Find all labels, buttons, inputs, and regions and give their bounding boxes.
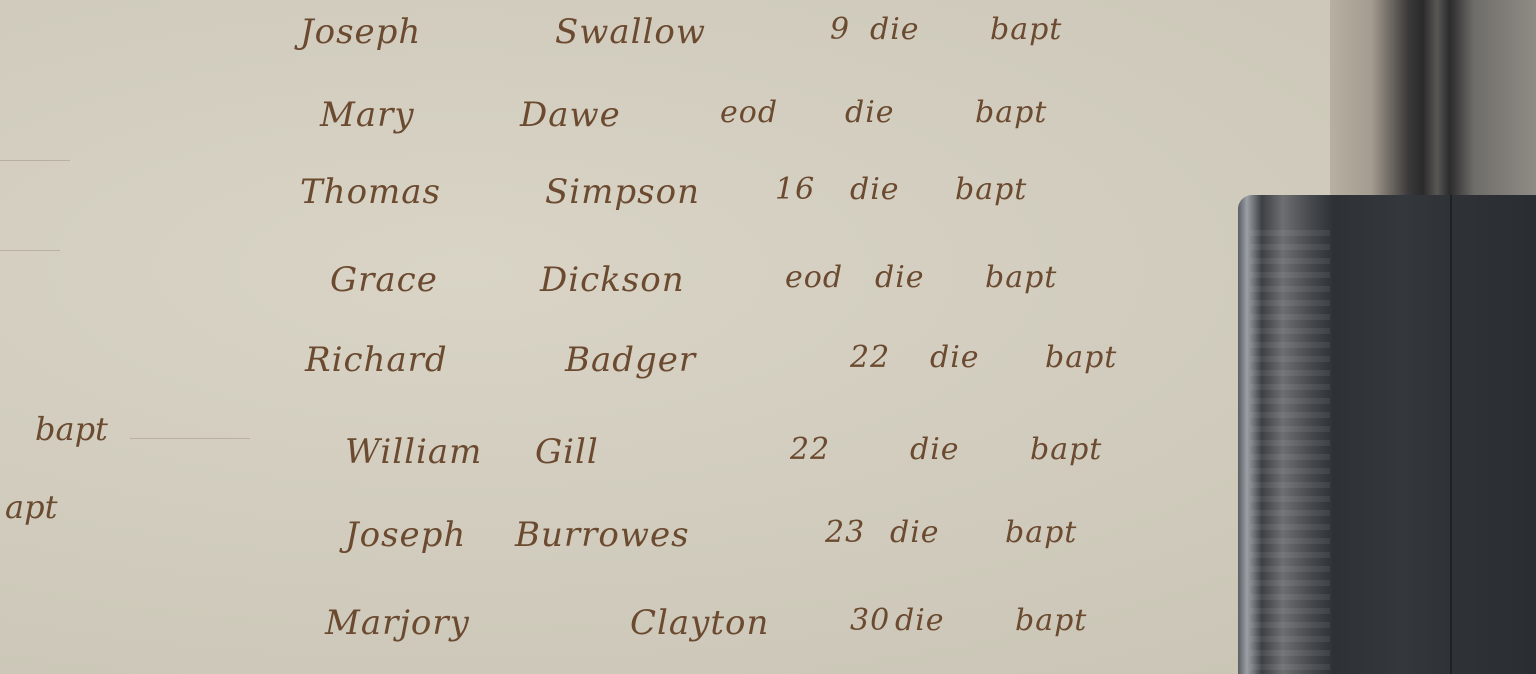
day: eod	[720, 95, 778, 130]
die: die	[910, 432, 960, 467]
clip-sheen	[1250, 230, 1330, 674]
forename: William	[345, 432, 482, 472]
die: die	[890, 515, 940, 550]
die: die	[895, 603, 945, 638]
ruling-line	[130, 438, 250, 439]
surname: Badger	[565, 340, 696, 380]
surname: Dickson	[540, 260, 685, 300]
forename: Richard	[305, 340, 448, 380]
day: 22	[790, 432, 830, 467]
die: die	[850, 172, 900, 207]
surname: Gill	[535, 432, 599, 472]
surname: Burrowes	[515, 515, 690, 555]
surname: Simpson	[545, 172, 700, 212]
day: 23	[825, 515, 865, 550]
day: 9	[830, 12, 850, 47]
surname: Swallow	[555, 12, 706, 52]
clip-fold	[1450, 195, 1452, 674]
ruling-line	[0, 250, 60, 251]
die: die	[875, 260, 925, 295]
die: die	[870, 12, 920, 47]
forename: Marjory	[325, 603, 470, 643]
surname: Clayton	[630, 603, 769, 643]
bapt: bapt	[1015, 603, 1087, 638]
day: 30	[850, 603, 890, 638]
bapt: bapt	[1045, 340, 1117, 375]
forename: Thomas	[300, 172, 441, 212]
bapt: bapt	[990, 12, 1062, 47]
manuscript-page: bapt apt Joseph Swallow 9 die bapt Mary …	[0, 0, 1536, 674]
bapt: bapt	[1005, 515, 1077, 550]
margin-fragment: apt	[5, 488, 57, 526]
day: 22	[850, 340, 890, 375]
bapt: bapt	[955, 172, 1027, 207]
day: 16	[775, 172, 815, 207]
die: die	[930, 340, 980, 375]
surname: Dawe	[520, 95, 621, 135]
forename: Joseph	[300, 12, 421, 52]
die: die	[845, 95, 895, 130]
forename: Joseph	[345, 515, 466, 555]
binding-clip-top	[1330, 0, 1536, 195]
forename: Grace	[330, 260, 438, 300]
forename: Mary	[320, 95, 415, 135]
margin-fragment: bapt	[35, 410, 108, 448]
bapt: bapt	[975, 95, 1047, 130]
bapt: bapt	[985, 260, 1057, 295]
ruling-line	[0, 160, 70, 161]
bapt: bapt	[1030, 432, 1102, 467]
day: eod	[785, 260, 843, 295]
